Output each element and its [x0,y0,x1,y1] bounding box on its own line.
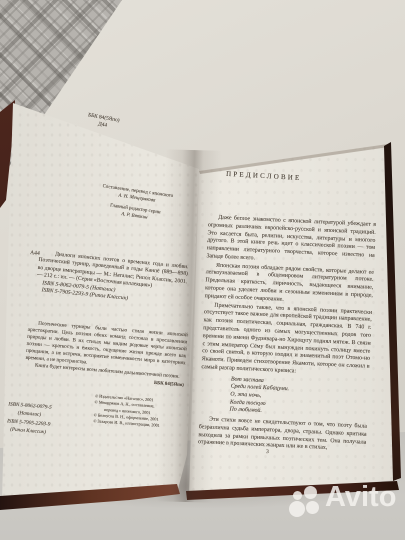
avito-logo-circle [289,501,305,517]
avito-logo-circle [304,486,317,499]
preface-body: Даже беглое знакомство с японской литера… [198,214,376,455]
preface-paragraph-1: Даже беглое знакомство с японской литера… [206,214,376,268]
bib-code: А44 [30,250,40,258]
avito-logo-icon [289,486,321,518]
isbn-bottom-block: ISBN 5-8062-0079-5 (Наталис) ISBN 5-7905… [0,399,67,438]
page-number: 3 [266,449,269,455]
preface-paragraph-2: Японская поэзия обладает рядом свойств, … [204,262,374,308]
avito-wordmark: Avito [325,481,396,514]
tanka-verse: Вот застава Среди полей Кабацуми. О, эта… [229,376,369,421]
preface-paragraph-4: Эти стихи вовсе не свидетельствуют о том… [198,416,367,455]
preface-paragraph-3: Примечательно также, что в японской поэз… [201,302,372,380]
avito-logo-circle [293,491,302,500]
avito-watermark: Avito [289,484,405,526]
avito-logo-circle [306,501,319,514]
book-listing-photo: ББК 84(5Япо) Д44 Составление, перевод с … [0,0,405,540]
